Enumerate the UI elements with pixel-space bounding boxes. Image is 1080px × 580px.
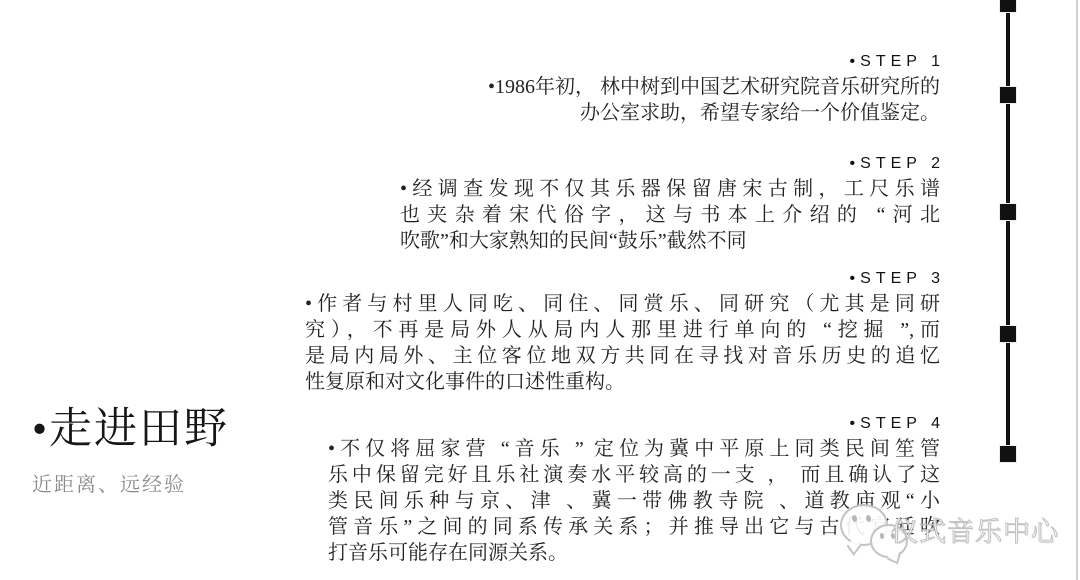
- step-3-heading: •STEP 3: [305, 267, 945, 291]
- step-text-line: •经调查发现不仅其乐器保留唐宋古制，工尺乐谱: [400, 176, 940, 202]
- step-text-line: •1986年初， 林中树到中国艺术研究院音乐研究所的: [450, 74, 940, 100]
- step-text-line: 办公室求助，希望专家给一个价值鉴定。: [450, 100, 940, 126]
- timeline-line: [1006, 0, 1010, 456]
- right-edge-divider: [1076, 0, 1078, 580]
- timeline-marker: [1000, 204, 1016, 220]
- step-text-line: 乐中保留完好且乐社演奏水平较高的一支 ， 而且确认了这: [328, 462, 940, 488]
- step-2-heading: •STEP 2: [400, 152, 945, 176]
- step-text-line: 吹歌”和大家熟知的民间“鼓乐”截然不同: [400, 228, 940, 254]
- step-text-line: 是局内局外、主位客位地双方共同在寻找对音乐历史的追忆: [305, 343, 940, 369]
- step-text-line: 也夹杂着宋代俗字，这与书本上介绍的 “河北: [400, 202, 940, 228]
- slide-subtitle: 近距离、远经验: [32, 468, 229, 497]
- step-1-heading: •STEP 1: [450, 50, 945, 74]
- step-2-block: •STEP 2 •经调查发现不仅其乐器保留唐宋古制，工尺乐谱 也夹杂着宋代俗字，…: [400, 152, 940, 254]
- step-text-line: 性复原和对文化事件的口述性重构。: [305, 369, 940, 395]
- step-3-block: •STEP 3 •作者与村里人同吃、同住、同赏乐、同研究（尤其是同研 究），不再…: [305, 267, 940, 395]
- step-4-heading: •STEP 4: [328, 412, 945, 436]
- timeline-marker: [1000, 446, 1016, 462]
- timeline-marker: [1000, 326, 1016, 342]
- title-block: •走进田野 近距离、远经验: [32, 405, 229, 497]
- step-text-line: •不仅将屈家营 “音乐 ” 定位为冀中平原上同类民间笙管: [328, 436, 940, 462]
- step-text-line: 究），不再是局外人从局内人那里进行单向的 “挖掘 ”,而: [305, 317, 940, 343]
- step-2-body: •经调查发现不仅其乐器保留唐宋古制，工尺乐谱 也夹杂着宋代俗字，这与书本上介绍的…: [400, 176, 940, 254]
- step-text-line: •作者与村里人同吃、同住、同赏乐、同研究（尤其是同研: [305, 291, 940, 317]
- slide-title: •走进田野: [32, 405, 229, 454]
- step-1-block: •STEP 1 •1986年初， 林中树到中国艺术研究院音乐研究所的 办公室求助…: [450, 50, 940, 126]
- timeline-marker: [1000, 87, 1016, 103]
- step-1-body: •1986年初， 林中树到中国艺术研究院音乐研究所的 办公室求助，希望专家给一个…: [450, 74, 940, 126]
- step-3-body: •作者与村里人同吃、同住、同赏乐、同研究（尤其是同研 究），不再是局外人从局内人…: [305, 291, 940, 395]
- watermark-text: 仪式音乐中心: [891, 510, 1059, 549]
- watermark: 仪式音乐中心: [836, 500, 1072, 566]
- timeline-marker: [1000, 0, 1016, 12]
